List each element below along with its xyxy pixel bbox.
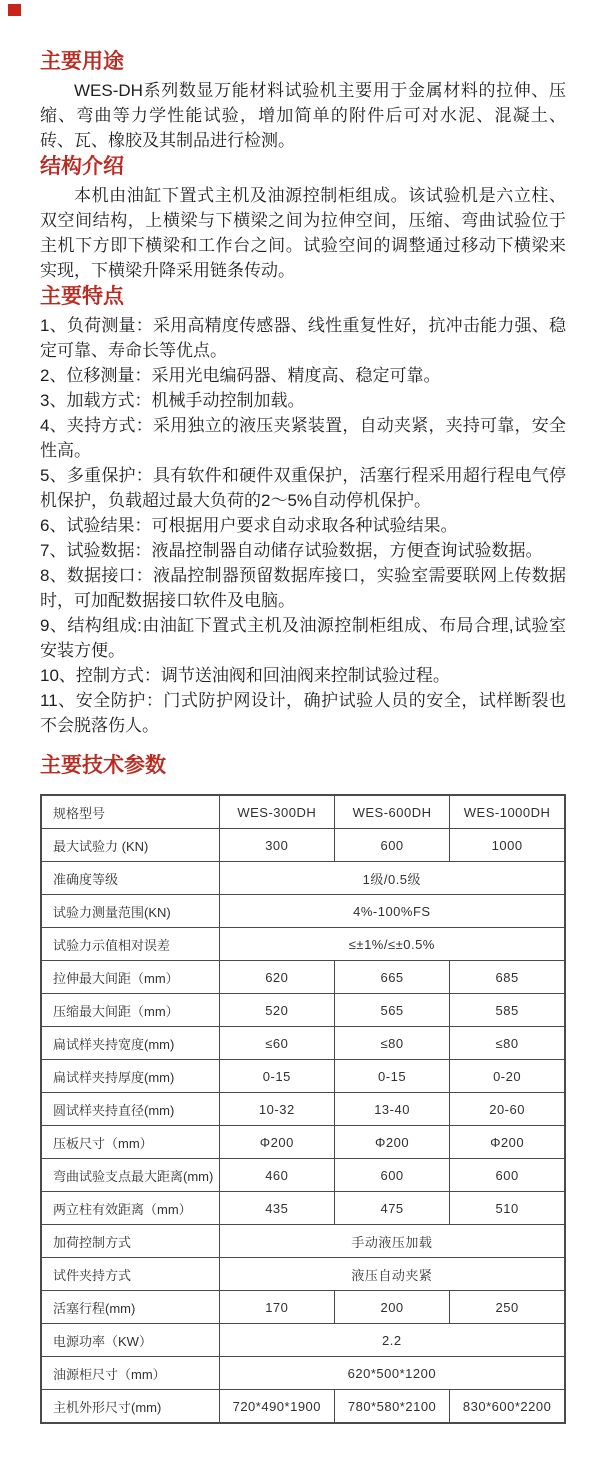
spec-value: 1000 xyxy=(450,829,565,862)
spec-row: 试验力示值相对误差≤±1%/≤±0.5% xyxy=(41,928,565,961)
spec-label: 弯曲试验支点最大距离(mm) xyxy=(41,1159,219,1192)
feature-item: 3、加载方式：机械手动控制加载。 xyxy=(40,388,566,413)
spec-label: 电源功率（KW） xyxy=(41,1324,219,1357)
spec-row: 弯曲试验支点最大距离(mm)460600600 xyxy=(41,1159,565,1192)
spec-row: 加荷控制方式手动液压加载 xyxy=(41,1225,565,1258)
spec-value-merged: 液压自动夹紧 xyxy=(219,1258,565,1291)
spec-row: 试验力测量范围(KN)4%-100%FS xyxy=(41,895,565,928)
spec-label: 拉伸最大间距（mm） xyxy=(41,961,219,994)
spec-value: 13-40 xyxy=(334,1093,449,1126)
specs-section: 主要技术参数 规格型号WES-300DHWES-600DHWES-1000DH最… xyxy=(40,752,566,1424)
spec-value: ≤60 xyxy=(219,1027,334,1060)
spec-value-merged: 1级/0.5级 xyxy=(219,862,565,895)
spec-value: 510 xyxy=(450,1192,565,1225)
structure-section-heading: 结构介绍 xyxy=(40,153,566,180)
spec-row: 最大试验力 (KN)3006001000 xyxy=(41,829,565,862)
spec-value: 720*490*1900 xyxy=(219,1390,334,1424)
spec-row: 电源功率（KW）2.2 xyxy=(41,1324,565,1357)
spec-value: 600 xyxy=(450,1159,565,1192)
usage-section-heading: 主要用途 xyxy=(40,48,566,75)
spec-label: 试件夹持方式 xyxy=(41,1258,219,1291)
spec-value: 250 xyxy=(450,1291,565,1324)
spec-label: 油源柜尺寸（mm） xyxy=(41,1357,219,1390)
spec-value: 0-20 xyxy=(450,1060,565,1093)
spec-value: 10-32 xyxy=(219,1093,334,1126)
spec-value: 475 xyxy=(334,1192,449,1225)
spec-value: 0-15 xyxy=(219,1060,334,1093)
spec-value: 460 xyxy=(219,1159,334,1192)
spec-value: 520 xyxy=(219,994,334,1027)
structure-paragraph: 本机由油缸下置式主机及油源控制柜组成。该试验机是六立柱、双空间结构，上横梁与下横… xyxy=(40,183,566,283)
feature-item: 10、控制方式：调节送油阀和回油阀来控制试验过程。 xyxy=(40,663,566,688)
spec-value-merged: 4%-100%FS xyxy=(219,895,565,928)
features-section-heading: 主要特点 xyxy=(40,283,566,310)
spec-value-merged: 手动液压加载 xyxy=(219,1225,565,1258)
spec-row: 压缩最大间距（mm）520565585 xyxy=(41,994,565,1027)
specs-table-body: 规格型号WES-300DHWES-600DHWES-1000DH最大试验力 (K… xyxy=(41,795,565,1423)
spec-value: ≤80 xyxy=(334,1027,449,1060)
spec-label: 压缩最大间距（mm） xyxy=(41,994,219,1027)
specs-section-heading: 主要技术参数 xyxy=(40,752,566,779)
feature-item: 9、结构组成:由油缸下置式主机及油源控制柜组成、布局合理,试验室安装方便。 xyxy=(40,613,566,663)
spec-row: 活塞行程(mm)170200250 xyxy=(41,1291,565,1324)
spec-value: 620 xyxy=(219,961,334,994)
spec-label: 准确度等级 xyxy=(41,862,219,895)
product-detail-page: 主要用途 WES-DH系列数显万能材料试验机主要用于金属材料的拉伸、压缩、弯曲等… xyxy=(0,0,606,1424)
spec-row: 扁试样夹持宽度(mm)≤60≤80≤80 xyxy=(41,1027,565,1060)
spec-label: 两立柱有效距离（mm） xyxy=(41,1192,219,1225)
spec-label: 扁试样夹持宽度(mm) xyxy=(41,1027,219,1060)
spec-label: 主机外形尺寸(mm) xyxy=(41,1390,219,1424)
spec-value: WES-600DH xyxy=(334,795,449,829)
spec-value: 435 xyxy=(219,1192,334,1225)
spec-label: 最大试验力 (KN) xyxy=(41,829,219,862)
spec-row: 两立柱有效距离（mm）435475510 xyxy=(41,1192,565,1225)
spec-value-merged: ≤±1%/≤±0.5% xyxy=(219,928,565,961)
spec-value: 0-15 xyxy=(334,1060,449,1093)
corner-marker xyxy=(8,4,21,16)
spec-row: 圆试样夹持直径(mm)10-3213-4020-60 xyxy=(41,1093,565,1126)
spec-value: 780*580*2100 xyxy=(334,1390,449,1424)
feature-item: 6、试验结果：可根据用户要求自动求取各种试验结果。 xyxy=(40,513,566,538)
feature-item: 4、夹持方式：采用独立的液压夹紧装置，自动夹紧，夹持可靠，安全性高。 xyxy=(40,413,566,463)
spec-label: 活塞行程(mm) xyxy=(41,1291,219,1324)
spec-value: WES-300DH xyxy=(219,795,334,829)
feature-item: 8、数据接口：液晶控制器预留数据库接口，实验室需要联网上传数据时，可加配数据接口… xyxy=(40,563,566,613)
spec-label: 扁试样夹持厚度(mm) xyxy=(41,1060,219,1093)
feature-list: 1、负荷测量：采用高精度传感器、线性重复性好，抗冲击能力强、稳定可靠、寿命长等优… xyxy=(40,313,566,738)
spec-value-merged: 2.2 xyxy=(219,1324,565,1357)
spec-label: 圆试样夹持直径(mm) xyxy=(41,1093,219,1126)
spec-label: 压板尺寸（mm） xyxy=(41,1126,219,1159)
spec-value: WES-1000DH xyxy=(450,795,565,829)
feature-item: 2、位移测量：采用光电编码器、精度高、稳定可靠。 xyxy=(40,363,566,388)
spec-value: 585 xyxy=(450,994,565,1027)
spec-label: 规格型号 xyxy=(41,795,219,829)
specs-table: 规格型号WES-300DHWES-600DHWES-1000DH最大试验力 (K… xyxy=(40,794,566,1424)
spec-row: 试件夹持方式液压自动夹紧 xyxy=(41,1258,565,1291)
spec-value: Φ200 xyxy=(219,1126,334,1159)
spec-value: 600 xyxy=(334,829,449,862)
spec-row: 扁试样夹持厚度(mm)0-150-150-20 xyxy=(41,1060,565,1093)
feature-item: 7、试验数据：液晶控制器自动储存试验数据，方便查询试验数据。 xyxy=(40,538,566,563)
feature-item: 5、多重保护：具有软件和硬件双重保护，活塞行程采用超行程电气停机保护，负载超过最… xyxy=(40,463,566,513)
spec-value: 600 xyxy=(334,1159,449,1192)
spec-label: 试验力测量范围(KN) xyxy=(41,895,219,928)
spec-row: 压板尺寸（mm）Φ200Φ200Φ200 xyxy=(41,1126,565,1159)
spec-row: 拉伸最大间距（mm）620665685 xyxy=(41,961,565,994)
spec-value: ≤80 xyxy=(450,1027,565,1060)
spec-value: Φ200 xyxy=(450,1126,565,1159)
spec-label: 试验力示值相对误差 xyxy=(41,928,219,961)
spec-row: 准确度等级1级/0.5级 xyxy=(41,862,565,895)
feature-item: 1、负荷测量：采用高精度传感器、线性重复性好，抗冲击能力强、稳定可靠、寿命长等优… xyxy=(40,313,566,363)
spec-value: 685 xyxy=(450,961,565,994)
usage-paragraph: WES-DH系列数显万能材料试验机主要用于金属材料的拉伸、压缩、弯曲等力学性能试… xyxy=(40,78,566,153)
spec-row: 油源柜尺寸（mm）620*500*1200 xyxy=(41,1357,565,1390)
spec-row: 主机外形尺寸(mm)720*490*1900780*580*2100830*60… xyxy=(41,1390,565,1424)
spec-row: 规格型号WES-300DHWES-600DHWES-1000DH xyxy=(41,795,565,829)
spec-value: 200 xyxy=(334,1291,449,1324)
feature-item: 11、安全防护：门式防护网设计，确护试验人员的安全，试样断裂也不会脱落伤人。 xyxy=(40,688,566,738)
spec-value: 20-60 xyxy=(450,1093,565,1126)
spec-value: 565 xyxy=(334,994,449,1027)
spec-value-merged: 620*500*1200 xyxy=(219,1357,565,1390)
spec-value: 300 xyxy=(219,829,334,862)
spec-value: 170 xyxy=(219,1291,334,1324)
spec-value: 830*600*2200 xyxy=(450,1390,565,1424)
spec-value: 665 xyxy=(334,961,449,994)
spec-label: 加荷控制方式 xyxy=(41,1225,219,1258)
spec-value: Φ200 xyxy=(334,1126,449,1159)
